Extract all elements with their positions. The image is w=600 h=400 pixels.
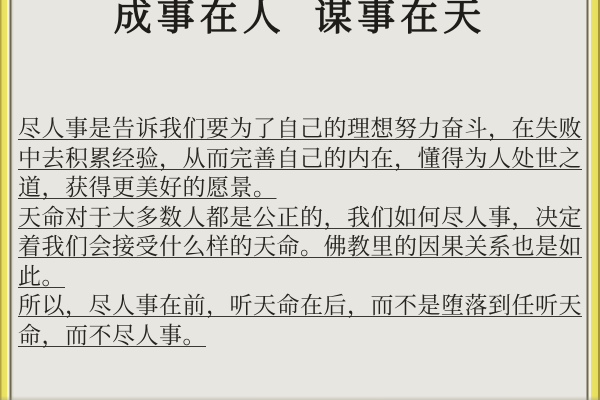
body-text: 尽人事是告诉我们要为了自己的理想努力奋斗，在失败 中去积累经验，从而完善自己的内…	[18, 114, 588, 350]
body-line-7: 所以，尽人事在前，听天命在后，而不是堕落到任听天	[18, 291, 588, 321]
page-title: 成事在人 谋事在天	[0, 0, 600, 42]
body-line-8: 命，而不尽人事。	[18, 321, 588, 351]
quote-card: 成事在人 谋事在天 尽人事是告诉我们要为了自己的理想努力奋斗，在失败 中去积累经…	[0, 0, 600, 400]
body-line-4: 天命对于大多数人都是公正的，我们如何尽人事，决定	[18, 203, 588, 233]
left-frame-border	[0, 0, 14, 400]
body-line-5: 着我们会接受什么样的天命。佛教里的因果关系也是如	[18, 232, 588, 262]
body-line-2: 中去积累经验，从而完善自己的内在，懂得为人处世之	[18, 144, 588, 174]
right-frame-border	[586, 0, 600, 400]
body-line-6: 此。	[18, 262, 588, 292]
body-line-1: 尽人事是告诉我们要为了自己的理想努力奋斗，在失败	[18, 114, 588, 144]
body-line-3: 道，获得更美好的愿景。	[18, 173, 588, 203]
